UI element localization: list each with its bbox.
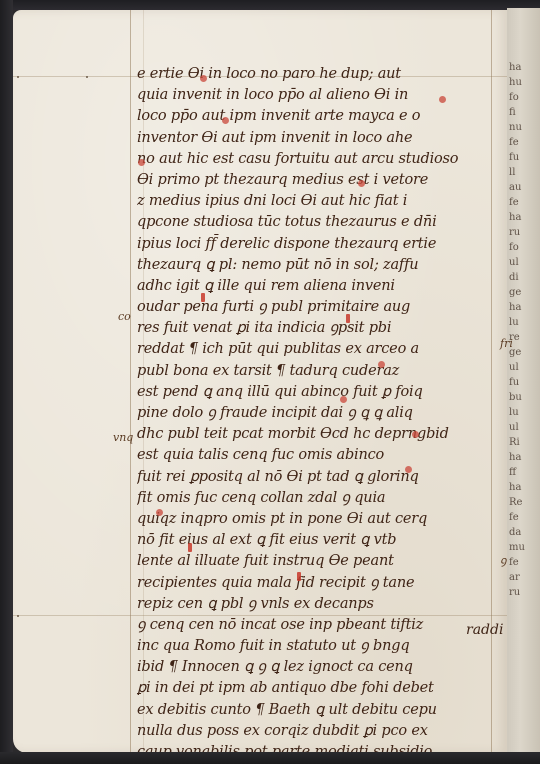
rubricated-initial: [138, 159, 145, 166]
paragraph-mark: [188, 543, 192, 552]
pricking-mark: [17, 615, 19, 617]
text-line: inventor Ɵi aut ipm invenit in loco ahe: [137, 128, 497, 149]
text-line: ꝯ cenq cen nō incat ose inp pbeant tifti…: [137, 615, 497, 636]
margin-note-left: vnq: [113, 431, 133, 444]
paragraph-mark: [346, 314, 350, 323]
rubricated-initial: [358, 180, 365, 187]
main-text-column: e ertie Ɵi in loco no paro he dup; aut q…: [137, 64, 497, 763]
text-line: ibid ¶ Innocen ꝗ ꝯ ꝗ lez ignoct ca cenq: [137, 657, 497, 678]
pricking-mark: [86, 76, 88, 78]
ruling-left-margin: [130, 10, 131, 753]
book-binding-left: [0, 0, 13, 764]
book-binding-bottom: [0, 752, 540, 764]
margin-note-right: ꝯ: [500, 553, 506, 568]
text-line: thezaurq ꝗ pl: nemo pūt nō in sol; zaffu: [137, 255, 497, 276]
margin-note-left: co: [118, 310, 131, 323]
text-line: res fuit venat ꝑi ita indicia ꝯpsit pbi: [137, 318, 497, 339]
text-line: reddat ¶ ich pūt qui publitas ex arceo a: [137, 339, 497, 360]
text-line: pine dolo ꝯ fraude incipit dai ꝯ ꝗ ꝗ ali…: [137, 403, 497, 424]
text-line: inc qua Romo fuit in statuto ut ꝯ bngq: [137, 636, 497, 657]
rubricated-initial: [378, 361, 385, 368]
text-line: e ertie Ɵi in loco no paro he dup; aut: [137, 64, 497, 85]
text-line: loco pp̄o aut ipm invenit arte mayca e o: [137, 106, 497, 127]
text-line: adhc igit ꝗ ille qui rem aliena inveni: [137, 276, 497, 297]
text-line: fuit rei ꝑpositq al nō Ɵi pt tad ꝗ glori…: [137, 467, 497, 488]
rubricated-initial: [405, 466, 412, 473]
text-line: quiqz inqpro omis pt in pone Ɵi aut cerq: [137, 509, 497, 530]
text-line: est quia talis cenq fuc omis abinco: [137, 445, 497, 466]
text-line: fit omis fuc cenq collan zdal ꝯ quia: [137, 488, 497, 509]
rubricated-initial: [222, 117, 229, 124]
text-line: lente al illuate fuit instruq Ɵe peant: [137, 551, 497, 572]
rubricated-initial: [200, 75, 207, 82]
margin-note-right: fri: [500, 337, 513, 350]
book-binding-top: [0, 0, 540, 10]
paragraph-mark: [201, 293, 205, 302]
text-line: est pend ꝗ anq illū qui abinco fuit ꝑ fo…: [137, 382, 497, 403]
catchword: raddi: [466, 622, 503, 638]
rubricated-initial: [156, 509, 163, 516]
pricking-mark: [17, 76, 19, 78]
text-line: oudar pena furti ꝯ publ primitaire aug: [137, 297, 497, 318]
text-line: dhc publ teit pcat morbit Ɵcd hc deprngb…: [137, 424, 497, 445]
text-line: no aut hic est casu fortuitu aut arcu st…: [137, 149, 497, 170]
paragraph-mark: [297, 572, 301, 581]
rubricated-initial: [439, 96, 446, 103]
text-line: Ɵi primo pt thezaurq medius est i vetore: [137, 170, 497, 191]
text-line: ipius loci ff̄ derelic dispone thezaurq …: [137, 234, 497, 255]
text-line: publ bona ex tarsit ¶ tadurq cuderaz: [137, 361, 497, 382]
rubricated-initial: [412, 431, 419, 438]
text-line: nulla dus poss ex corqiz dubdit ꝑi pco e…: [137, 721, 497, 742]
text-line: z medius ipius dni loci Ɵi aut hic fiat …: [137, 191, 497, 212]
text-line: recipientes quia mala fid recipit ꝯ tane: [137, 573, 497, 594]
text-line: ꝑi in dei pt ipm ab antiquo dbe fohi deb…: [137, 678, 497, 699]
rubricated-initial: [340, 396, 347, 403]
text-line: ex debitis cunto ¶ Baeth ꝗ ult debitu ce…: [137, 700, 497, 721]
text-line: repiz cen ꝗ pbl ꝯ vnls ex decanps: [137, 594, 497, 615]
text-line: qpcone studiosa tūc totus thezaurus e dn…: [137, 212, 497, 233]
